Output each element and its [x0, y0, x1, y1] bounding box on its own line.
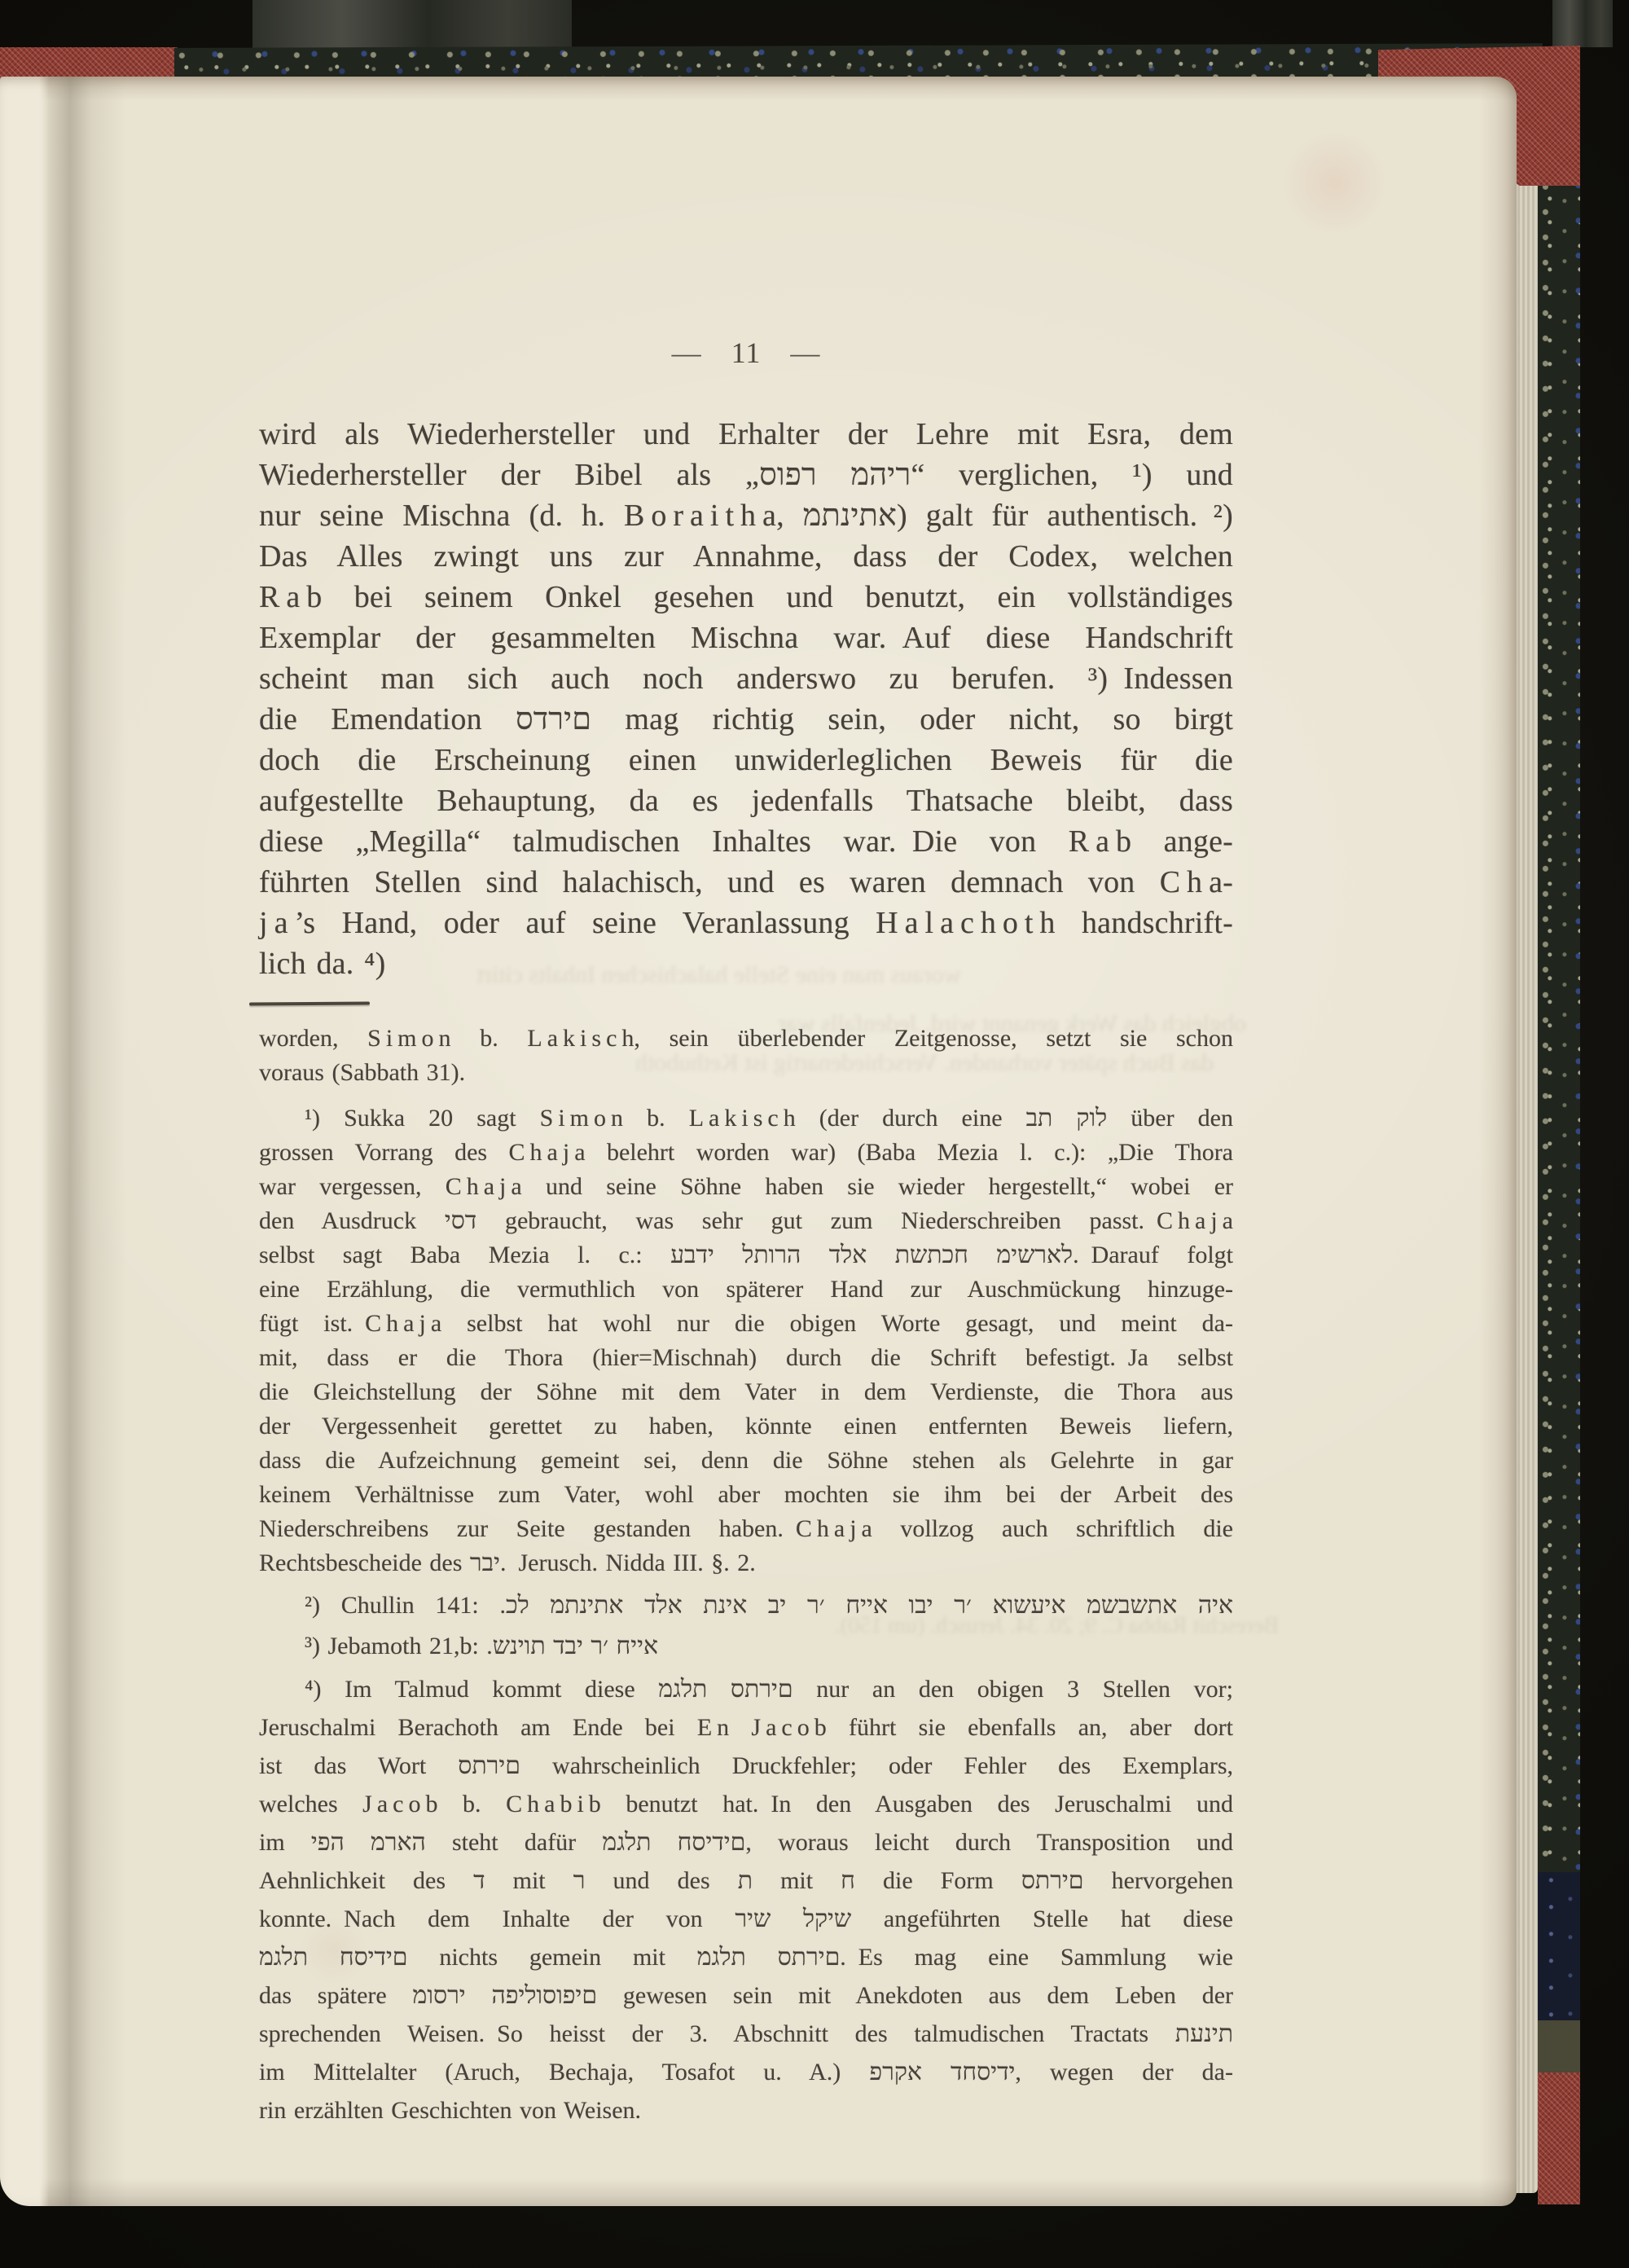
footnote-line: Aehnlichkeit des ‭ד‬ mit ‭ר‬ und des ‭ת‬…	[259, 1861, 1233, 1900]
main-text-line: aufgestellte Behauptung, da es jedenfall…	[259, 780, 1233, 821]
footnote-line: rin erzählten Geschichten von Weisen.	[259, 2091, 1233, 2130]
main-text-line: wird als Wiederhersteller und Erhalter d…	[259, 414, 1233, 455]
main-text-line: j a ’s Hand, oder auf seine Veranlassung…	[259, 903, 1233, 943]
main-text-line: Das Alles zwingt uns zur Annahme, dass d…	[259, 536, 1233, 577]
main-text-line: diese „Megilla“ talmudischen Inhaltes wa…	[259, 821, 1233, 862]
footnote-line: welches J a c o b b. C h a b i b benutzt…	[259, 1785, 1233, 1823]
footnote-line: im Mittelalter (Aruch, Bechaja, Tosafot …	[259, 2053, 1233, 2091]
footnote-line: ⁴) Im Talmud kommt diese ‭מגלת סתרים‬ nu…	[259, 1670, 1233, 1708]
footnote-1: ¹) Sukka 20 sagt S i m o n b. L a k i s …	[259, 1101, 1233, 1580]
footnote-line: dass die Aufzeichnung gemeint sei, denn …	[259, 1444, 1233, 1478]
footnote-line: fügt ist. C h a j a selbst hat wohl nur …	[259, 1307, 1233, 1341]
footnote-4: ⁴) Im Talmud kommt diese ‭מגלת סתרים‬ nu…	[259, 1670, 1233, 2130]
footnote-line: Rechtsbescheide des ‭רבי‬. Jerusch. Nidd…	[259, 1546, 1233, 1580]
footnote-line: eine Erzählung, die vermuthlich von spät…	[259, 1272, 1233, 1307]
book-page: woraus man eine Stelle halachischen Inha…	[0, 77, 1517, 2206]
page-number-dash-right: —	[790, 336, 820, 369]
footnotes-block: worden, S i m o n b. L a k i s c h, sein…	[259, 1022, 1233, 2130]
footnote-2: ²) Chullin 141: ‭.כל מתניתא דלא תניא בי …	[259, 1587, 1233, 1624]
page-number-value: 11	[731, 336, 762, 369]
book-clamp-top-right	[1552, 0, 1613, 47]
main-text-line: Exemplar der gesammelten Mischna war. Au…	[259, 618, 1233, 658]
main-text-line: führten Stellen sind halachisch, und es …	[259, 862, 1233, 903]
tailband-red-right	[1538, 2072, 1580, 2204]
page-number: —11—	[259, 336, 1233, 370]
main-text-line: lich da. ⁴)	[259, 943, 1233, 984]
book-clamp-top-left	[252, 0, 572, 54]
footnote-line: im ‭יפה מראה‬ steht dafür ‭מגלת חסידים‬,…	[259, 1823, 1233, 1861]
footnote-line: keinem Verhältnisse zum Vater, wohl aber…	[259, 1478, 1233, 1512]
footnote-line: war vergessen, C h a j a und seine Söhne…	[259, 1170, 1233, 1204]
main-text-line: die Emendation ‭סדרים‬ mag richtig sein,…	[259, 699, 1233, 740]
footnote-line: konnte. Nach dem Inhalte der von ‭ריש לק…	[259, 1900, 1233, 1938]
footnote-line: den Ausdruck ‭יסד‬ gebraucht, was sehr g…	[259, 1204, 1233, 1238]
cover-edge-navy-right	[1538, 1872, 1580, 2020]
footnote-line: der Vergessenheit gerettet zu haben, kön…	[259, 1409, 1233, 1444]
main-text-line: R a b bei seinem Onkel gesehen und benut…	[259, 577, 1233, 618]
main-text-line: scheint man sich auch noch anderswo zu b…	[259, 658, 1233, 699]
footnote-line: ²) Chullin 141: ‭.כל מתניתא דלא תניא בי …	[259, 1587, 1233, 1624]
footnote-line: ³) Jebamoth 21,b: ‭.שניות דבי ר׳ חייא‬	[259, 1628, 1233, 1665]
footnote-line: voraus (Sabbath 31).	[259, 1056, 1233, 1090]
footnote-line: das spätere ‭מוסרי הפילוסופים‬ gewesen s…	[259, 1976, 1233, 2015]
footnote-line: ‭מגלת חסידים‬ nichts gemein mit ‭מגלת סת…	[259, 1938, 1233, 1976]
main-text-line: Wiederhersteller der Bibel als „‭סופר מה…	[259, 455, 1233, 495]
footnote-line: mit, dass er die Thora (hier=Mischnah) d…	[259, 1341, 1233, 1375]
page-block-edge	[1515, 114, 1538, 2193]
footnote-line: Niederschreibens zur Seite gestanden hab…	[259, 1512, 1233, 1546]
cover-edge-olive-right	[1538, 2020, 1580, 2072]
footnote-line: ist das Wort ‭סתרים‬ wahrscheinlich Druc…	[259, 1747, 1233, 1785]
main-text-line: doch die Erscheinung einen unwiderleglic…	[259, 740, 1233, 780]
footnote-line: sprechenden Weisen. So heisst der 3. Abs…	[259, 2015, 1233, 2053]
footnote-3: ³) Jebamoth 21,b: ‭.שניות דבי ר׳ חייא‬	[259, 1628, 1233, 1665]
cover-edge-marbled-right	[1538, 179, 1580, 1872]
footnote-line: selbst sagt Baba Mezia l. c.: ‭עבדי לתור…	[259, 1238, 1233, 1272]
footnote-line: worden, S i m o n b. L a k i s c h, sein…	[259, 1022, 1233, 1056]
footnote-line: die Gleichstellung der Söhne mit dem Vat…	[259, 1375, 1233, 1409]
footnote-separator-rule	[249, 1001, 370, 1005]
footnote-line: Jeruschalmi Berachoth am Ende bei E n J …	[259, 1708, 1233, 1747]
main-text-line: nur seine Mischna (d. h. B o r a i t h a…	[259, 495, 1233, 536]
footnote-line: ¹) Sukka 20 sagt S i m o n b. L a k i s …	[259, 1101, 1233, 1136]
page-number-dash-left: —	[672, 336, 702, 369]
footnote-line: grossen Vorrang des C h a j a belehrt wo…	[259, 1136, 1233, 1170]
footnote-continuation: worden, S i m o n b. L a k i s c h, sein…	[259, 1022, 1233, 1090]
main-text-paragraph: wird als Wiederhersteller und Erhalter d…	[259, 414, 1233, 984]
scanned-book-photo: woraus man eine Stelle halachischen Inha…	[0, 0, 1629, 2268]
